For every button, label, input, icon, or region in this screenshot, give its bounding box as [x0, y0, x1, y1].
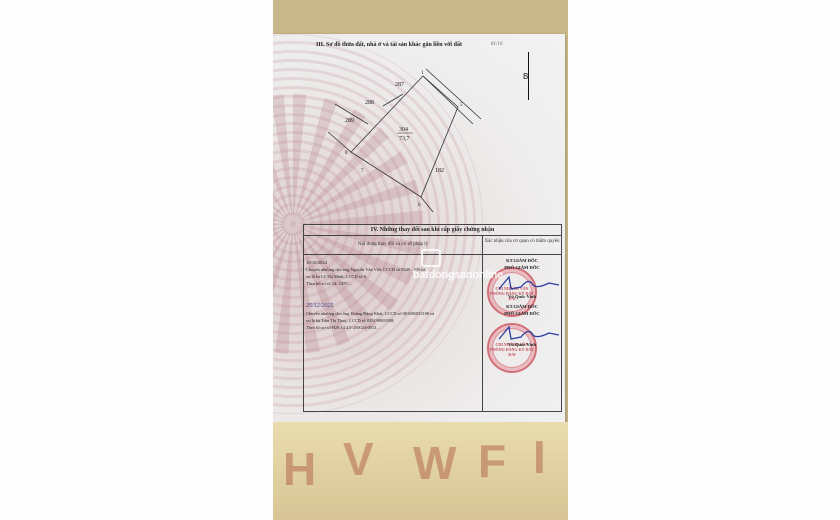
vertex-label: 5	[460, 103, 463, 108]
section-3-title: III. Sơ đồ thửa đất, nhà ở và tài sản kh…	[316, 42, 462, 48]
parcel-diagram: 287 288 289 182 304 73,7 1 5 6 7 8	[323, 64, 523, 214]
entry-date: 10/10/2024	[306, 259, 425, 266]
column-header-confirmation: Xác nhận của cơ quan có thẩm quyền	[483, 236, 561, 254]
north-label: B	[523, 72, 528, 81]
signer-title: KT.GIÁM ĐỐC	[483, 257, 561, 264]
certificate-page: III. Sơ đồ thửa đất, nhà ở và tài sản kh…	[273, 34, 565, 422]
vertex-label: 6	[418, 203, 421, 208]
change-entry: 25/12/2025 Chuyển nhượng cho ông Hoàng Đ…	[306, 303, 434, 331]
document-photo: III. Sơ đồ thửa đất, nhà ở và tài sản kh…	[273, 0, 568, 520]
watermark-house-icon	[421, 249, 441, 267]
neighbor-parcel-label: 288	[365, 100, 374, 106]
parcel-area: 73,7	[399, 136, 410, 142]
entry-line: Chuyển nhượng cho ông Nguyễn Văn Việt, C…	[306, 266, 425, 273]
neighbor-parcel-label: 287	[395, 82, 404, 88]
background-surface: H V W F I	[273, 422, 568, 520]
signer-block: KT.GIÁM ĐỐC PHÓ GIÁM ĐỐC	[483, 303, 561, 317]
watermark-text: batdongsanonline	[413, 269, 503, 281]
north-arrow-icon: B	[523, 52, 535, 100]
entry-line: Chuyển nhượng cho ông Hoàng Đăng Khải, C…	[306, 310, 434, 317]
column-header-content: Nội dung thay đổi và cơ sở pháp lý	[304, 236, 483, 254]
entry-date: 25/12/2025	[306, 303, 434, 310]
signer-title: KT.GIÁM ĐỐC	[483, 303, 561, 310]
neighbor-parcel-label: 182	[435, 168, 444, 174]
neighbor-parcel-label: 289	[345, 118, 354, 124]
vertex-label: 1	[421, 71, 424, 76]
entry-line: Theo hồ sơ số 24...0DT/...	[306, 280, 425, 287]
signer-title: PHÓ GIÁM ĐỐC	[483, 310, 561, 317]
section-4-title: IV. Những thay đổi sau khi cấp giấy chứn…	[304, 225, 561, 236]
entry-line: Theo hồ sơ số H28.14.4.5-250024-0013...	[306, 324, 434, 331]
vertex-label: 7	[361, 169, 364, 174]
parcel-number: 304	[399, 127, 408, 133]
signer-name: Vũ Quốc Vinh	[483, 341, 561, 348]
entry-line: vợ là bà Lê Thị Minh, CCCD số 0...	[306, 273, 425, 280]
signer-name: Vũ Quốc Vinh	[483, 293, 561, 300]
entry-line: vợ là bà Trần Thị Thuý, CCCD số 03519000…	[306, 317, 434, 324]
change-entry: 10/10/2024 Chuyển nhượng cho ông Nguyễn …	[306, 259, 425, 287]
vertex-label: 8	[345, 151, 348, 156]
handwritten-note: 81/10	[491, 42, 502, 47]
